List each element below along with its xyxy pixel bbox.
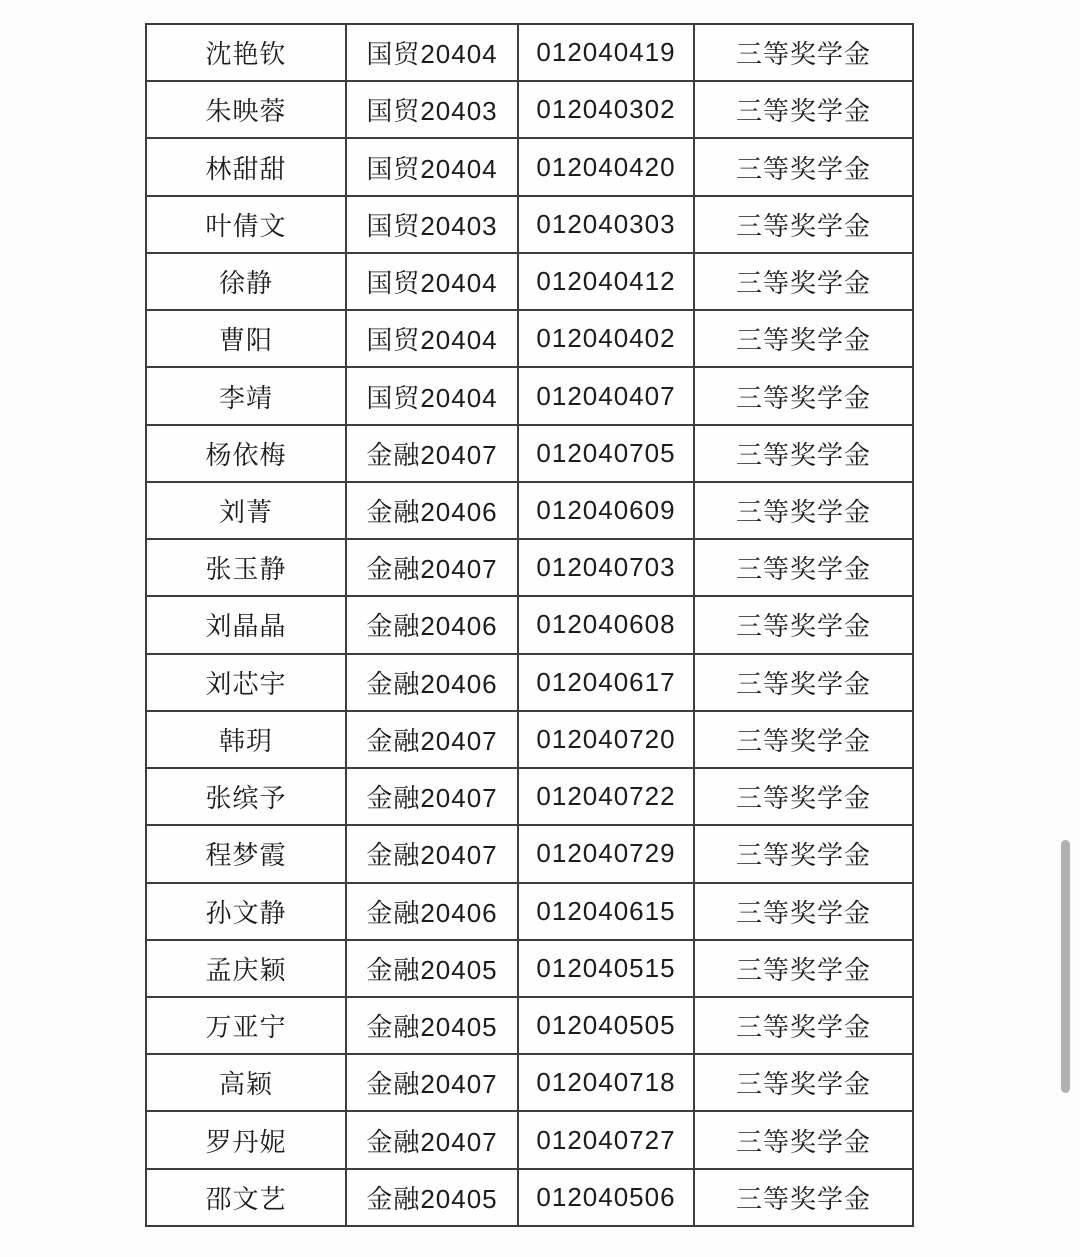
table-row: 孙文静金融20406012040615三等奖学金 (146, 883, 913, 940)
student-id-cell: 012040729 (518, 825, 694, 882)
student-id-cell: 012040402 (518, 310, 694, 367)
class-cell: 金融20406 (346, 883, 518, 940)
award-cell: 三等奖学金 (694, 940, 913, 997)
table-row: 刘菁金融20406012040609三等奖学金 (146, 482, 913, 539)
award-cell: 三等奖学金 (694, 24, 913, 81)
class-cell: 金融20405 (346, 940, 518, 997)
class-cell: 金融20406 (346, 482, 518, 539)
name-cell: 曹阳 (146, 310, 346, 367)
name-cell: 万亚宁 (146, 997, 346, 1054)
student-id-cell: 012040722 (518, 768, 694, 825)
name-cell: 程梦霞 (146, 825, 346, 882)
student-id-cell: 012040412 (518, 253, 694, 310)
award-cell: 三等奖学金 (694, 883, 913, 940)
class-cell: 国贸20404 (346, 367, 518, 424)
name-cell: 叶倩文 (146, 196, 346, 253)
name-cell: 朱映蓉 (146, 81, 346, 138)
class-cell: 国贸20403 (346, 81, 518, 138)
class-cell: 金融20406 (346, 596, 518, 653)
student-id-cell: 012040703 (518, 539, 694, 596)
name-cell: 刘晶晶 (146, 596, 346, 653)
class-cell: 金融20407 (346, 1111, 518, 1168)
table-row: 杨依梅金融20407012040705三等奖学金 (146, 425, 913, 482)
table-row: 李靖国贸20404012040407三等奖学金 (146, 367, 913, 424)
name-cell: 张玉静 (146, 539, 346, 596)
student-id-cell: 012040615 (518, 883, 694, 940)
table-row: 沈艳钦国贸20404012040419三等奖学金 (146, 24, 913, 81)
table-row: 万亚宁金融20405012040505三等奖学金 (146, 997, 913, 1054)
award-cell: 三等奖学金 (694, 138, 913, 195)
class-cell: 国贸20404 (346, 253, 518, 310)
table-row: 张玉静金融20407012040703三等奖学金 (146, 539, 913, 596)
table-row: 孟庆颖金融20405012040515三等奖学金 (146, 940, 913, 997)
award-cell: 三等奖学金 (694, 654, 913, 711)
name-cell: 邵文艺 (146, 1169, 346, 1226)
student-id-cell: 012040419 (518, 24, 694, 81)
award-cell: 三等奖学金 (694, 367, 913, 424)
student-id-cell: 012040617 (518, 654, 694, 711)
name-cell: 徐静 (146, 253, 346, 310)
student-id-cell: 012040727 (518, 1111, 694, 1168)
award-cell: 三等奖学金 (694, 482, 913, 539)
scholarship-table: 沈艳钦国贸20404012040419三等奖学金朱映蓉国贸20403012040… (145, 23, 912, 1227)
class-cell: 金融20405 (346, 997, 518, 1054)
name-cell: 林甜甜 (146, 138, 346, 195)
class-cell: 金融20405 (346, 1169, 518, 1226)
award-cell: 三等奖学金 (694, 997, 913, 1054)
class-cell: 金融20407 (346, 711, 518, 768)
name-cell: 张缤予 (146, 768, 346, 825)
vertical-scrollbar-thumb[interactable] (1061, 840, 1070, 1093)
student-id-cell: 012040609 (518, 482, 694, 539)
table-row: 徐静国贸20404012040412三等奖学金 (146, 253, 913, 310)
student-id-cell: 012040303 (518, 196, 694, 253)
name-cell: 高颖 (146, 1054, 346, 1111)
name-cell: 李靖 (146, 367, 346, 424)
award-cell: 三等奖学金 (694, 596, 913, 653)
class-cell: 国贸20404 (346, 138, 518, 195)
class-cell: 国贸20404 (346, 24, 518, 81)
name-cell: 韩玥 (146, 711, 346, 768)
name-cell: 刘菁 (146, 482, 346, 539)
table-row: 刘晶晶金融20406012040608三等奖学金 (146, 596, 913, 653)
table-row: 罗丹妮金融20407012040727三等奖学金 (146, 1111, 913, 1168)
award-table: 沈艳钦国贸20404012040419三等奖学金朱映蓉国贸20403012040… (145, 23, 914, 1227)
name-cell: 杨依梅 (146, 425, 346, 482)
name-cell: 沈艳钦 (146, 24, 346, 81)
student-id-cell: 012040608 (518, 596, 694, 653)
award-cell: 三等奖学金 (694, 1169, 913, 1226)
table-body: 沈艳钦国贸20404012040419三等奖学金朱映蓉国贸20403012040… (146, 24, 913, 1226)
student-id-cell: 012040302 (518, 81, 694, 138)
table-row: 邵文艺金融20405012040506三等奖学金 (146, 1169, 913, 1226)
student-id-cell: 012040515 (518, 940, 694, 997)
award-cell: 三等奖学金 (694, 310, 913, 367)
table-row: 刘芯宇金融20406012040617三等奖学金 (146, 654, 913, 711)
table-row: 叶倩文国贸20403012040303三等奖学金 (146, 196, 913, 253)
student-id-cell: 012040718 (518, 1054, 694, 1111)
class-cell: 金融20407 (346, 1054, 518, 1111)
name-cell: 孙文静 (146, 883, 346, 940)
name-cell: 孟庆颖 (146, 940, 346, 997)
class-cell: 国贸20404 (346, 310, 518, 367)
class-cell: 金融20407 (346, 768, 518, 825)
class-cell: 金融20406 (346, 654, 518, 711)
award-cell: 三等奖学金 (694, 196, 913, 253)
table-row: 韩玥金融20407012040720三等奖学金 (146, 711, 913, 768)
table-row: 高颖金融20407012040718三等奖学金 (146, 1054, 913, 1111)
class-cell: 金融20407 (346, 425, 518, 482)
name-cell: 罗丹妮 (146, 1111, 346, 1168)
table-row: 张缤予金融20407012040722三等奖学金 (146, 768, 913, 825)
name-cell: 刘芯宇 (146, 654, 346, 711)
class-cell: 金融20407 (346, 825, 518, 882)
student-id-cell: 012040705 (518, 425, 694, 482)
student-id-cell: 012040505 (518, 997, 694, 1054)
table-row: 程梦霞金融20407012040729三等奖学金 (146, 825, 913, 882)
award-cell: 三等奖学金 (694, 81, 913, 138)
award-cell: 三等奖学金 (694, 539, 913, 596)
award-cell: 三等奖学金 (694, 253, 913, 310)
class-cell: 国贸20403 (346, 196, 518, 253)
student-id-cell: 012040420 (518, 138, 694, 195)
award-cell: 三等奖学金 (694, 425, 913, 482)
class-cell: 金融20407 (346, 539, 518, 596)
student-id-cell: 012040407 (518, 367, 694, 424)
award-cell: 三等奖学金 (694, 768, 913, 825)
award-cell: 三等奖学金 (694, 711, 913, 768)
award-cell: 三等奖学金 (694, 825, 913, 882)
table-row: 曹阳国贸20404012040402三等奖学金 (146, 310, 913, 367)
student-id-cell: 012040506 (518, 1169, 694, 1226)
award-cell: 三等奖学金 (694, 1111, 913, 1168)
table-row: 林甜甜国贸20404012040420三等奖学金 (146, 138, 913, 195)
student-id-cell: 012040720 (518, 711, 694, 768)
award-cell: 三等奖学金 (694, 1054, 913, 1111)
table-row: 朱映蓉国贸20403012040302三等奖学金 (146, 81, 913, 138)
